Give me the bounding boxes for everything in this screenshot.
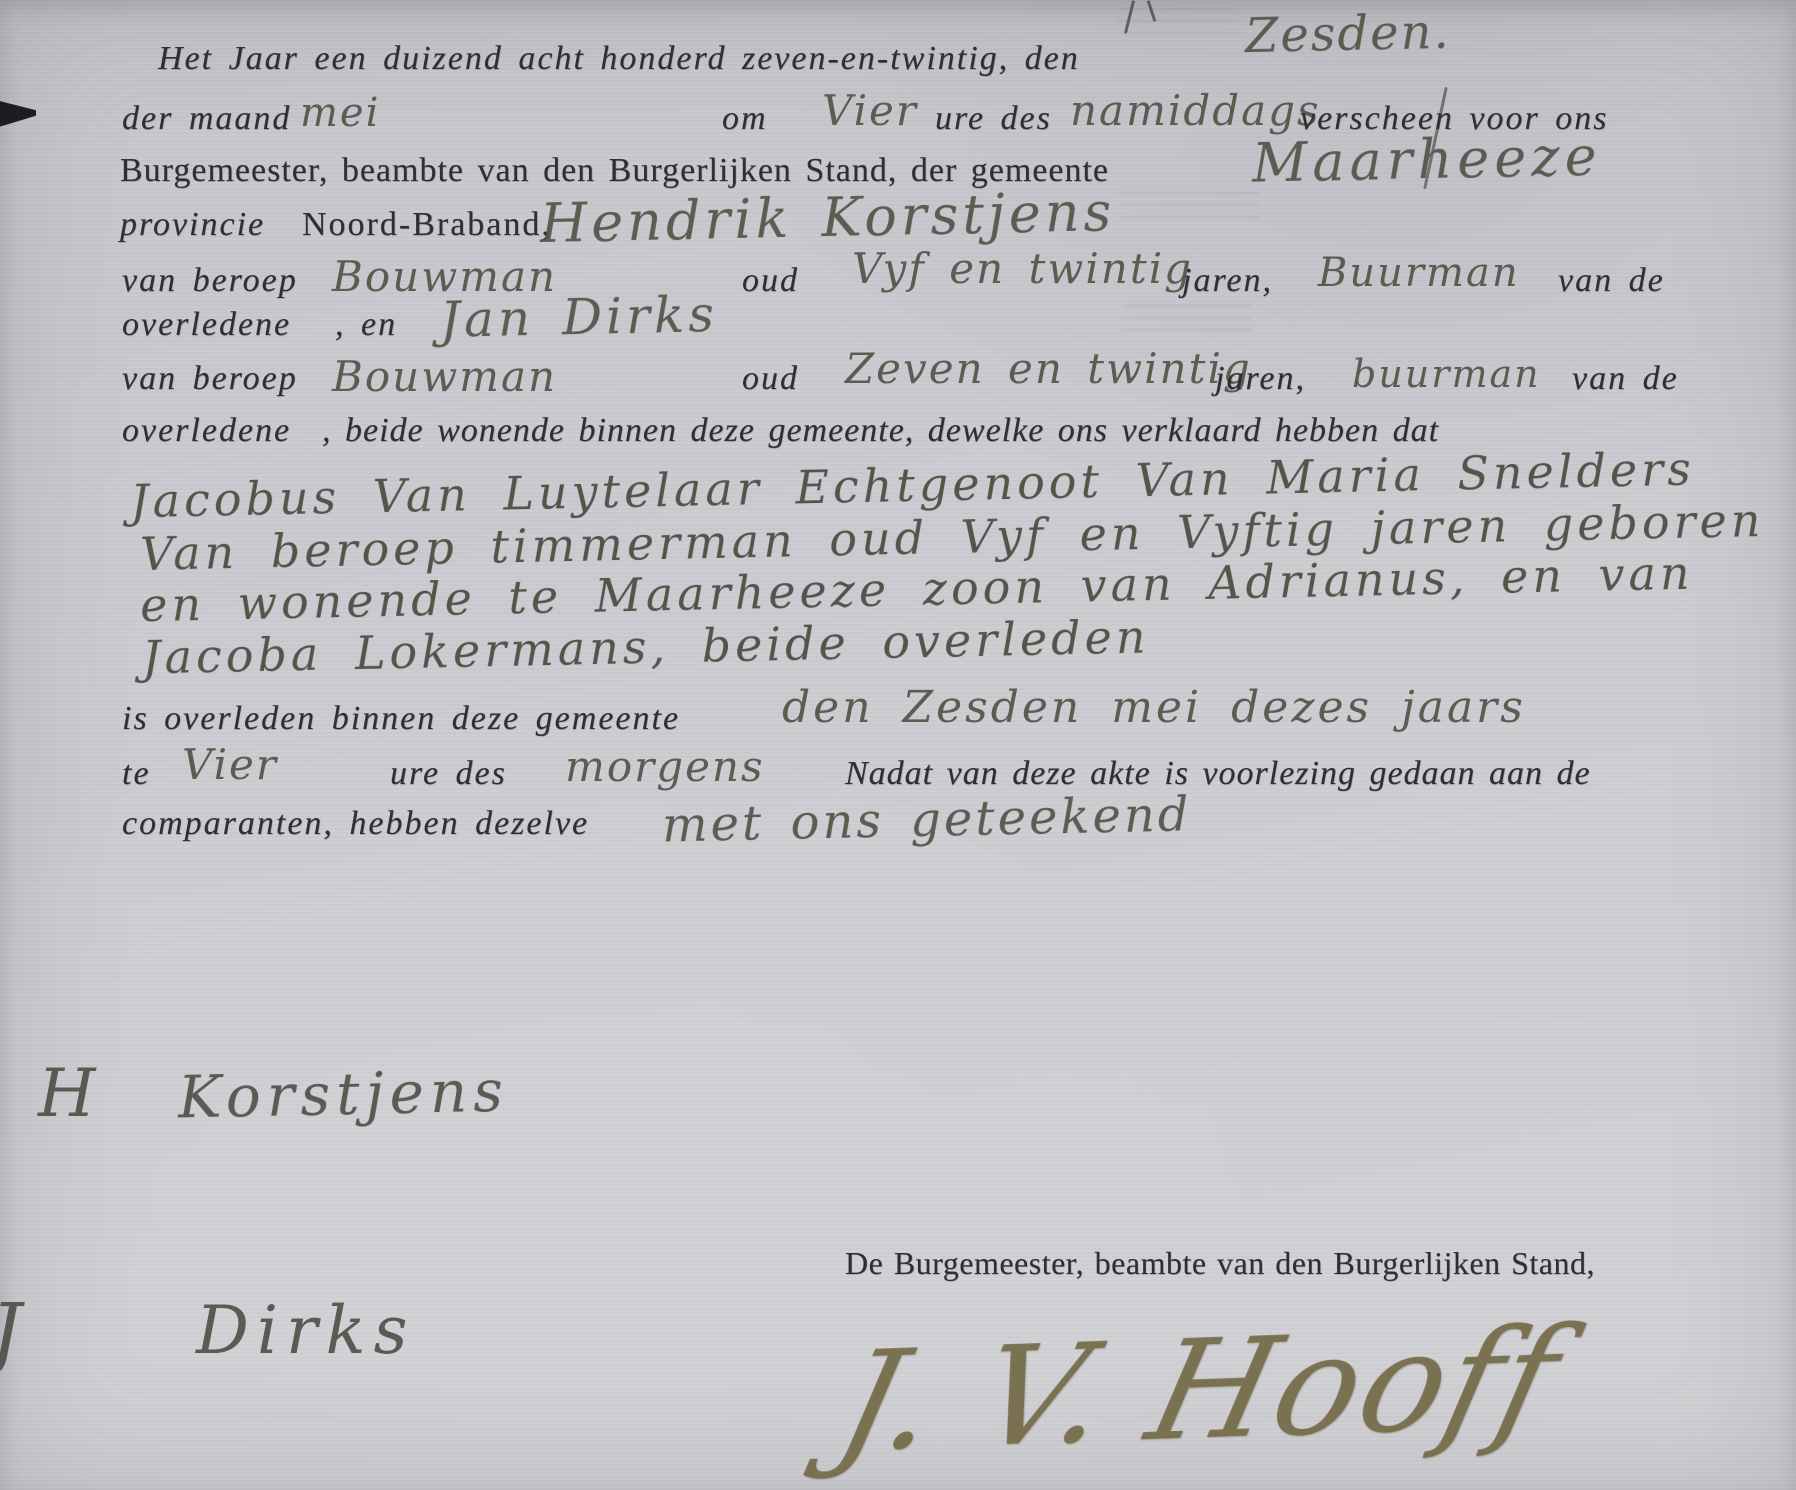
line5-printed-oud: oud [742,262,799,300]
show-through-patch-2 [1120,192,1260,228]
show-through-patch-1 [1118,8,1238,38]
line14-hand-uur: Vier [182,740,278,789]
line2-hand-month: mei [300,90,380,136]
line15-hand-geteekend: met ons geteekend [661,786,1192,853]
signature-dirks-name: Dirks [196,1292,415,1369]
line7-printed-van-de: van de [1572,360,1679,398]
line2-hand-hour: Vier [822,86,918,135]
line15-printed-comparanten: comparanten, hebben dezelve [122,805,589,843]
line4-printed-provincie: provincie [120,206,265,244]
burgemeester-title: De Burgemeester, beambte van den Burgerl… [845,1245,1595,1282]
line7-hand-relatie: buurman [1352,352,1541,396]
line8-printed-overledene: overledene [122,412,291,450]
line5-printed-van-beroep: van beroep [122,262,298,300]
line13-hand-death-date: den Zesden mei dezes jaars [782,682,1526,733]
line1-hand-day: Zesden. [1244,4,1451,64]
line14-printed-nadat: Nadat van deze akte is voorlezing gedaan… [845,755,1591,793]
line3-hand-gemeente: Maarheeze [1251,124,1602,194]
show-through-patch-3 [1122,305,1252,341]
line4-printed-provincienaam: Noord-Braband, [302,206,552,244]
line7-printed-oud: oud [742,360,799,398]
line6-printed-en: , en [335,306,397,344]
line7-hand-beroep: Bouwman [332,352,557,401]
line8-printed-wonende: , beide wonende binnen deze gemeente, de… [322,412,1439,450]
line14-hand-dagdeel: morgens [565,742,765,791]
line5-printed-jaren: jaren, [1182,262,1273,300]
line7-printed-jaren: jaren, [1215,360,1306,398]
line5-printed-van-de: van de [1558,262,1665,300]
signature-korstjens-initial: H [38,1055,102,1132]
line2-printed-der-maand: der maand [122,100,291,138]
signature-dirks-initial: J [0,1288,27,1378]
line5-hand-relatie: Buurman [1318,250,1520,296]
line7-printed-van-beroep: van beroep [122,360,298,398]
line2-printed-om: om [722,100,768,138]
line6-hand-declarant2-name: Jan Dirks [439,285,718,349]
line13-printed-overleden-binnen: is overleden binnen deze gemeente [122,700,680,738]
line2-hand-daypart: namiddags [1070,86,1321,135]
death-record-scan: Het Jaar een duizend acht honderd zeven-… [0,0,1796,1490]
line14-printed-ure-des: ure des [390,755,507,793]
left-edge-ink-mark [0,96,36,130]
line6-printed-overledene: overledene [122,306,291,344]
signature-burgemeester: J. V. Hooff [825,1297,1575,1483]
signature-korstjens-name: Korstjens [177,1057,509,1132]
line1-printed-year: Het Jaar een duizend acht honderd zeven-… [158,40,1080,78]
line7-hand-leeftijd: Zeven en twintig [845,344,1252,393]
line5-hand-leeftijd: Vyf en twintig [852,244,1193,293]
line2-printed-ure-des: ure des [935,100,1052,138]
line14-printed-te: te [122,755,151,793]
